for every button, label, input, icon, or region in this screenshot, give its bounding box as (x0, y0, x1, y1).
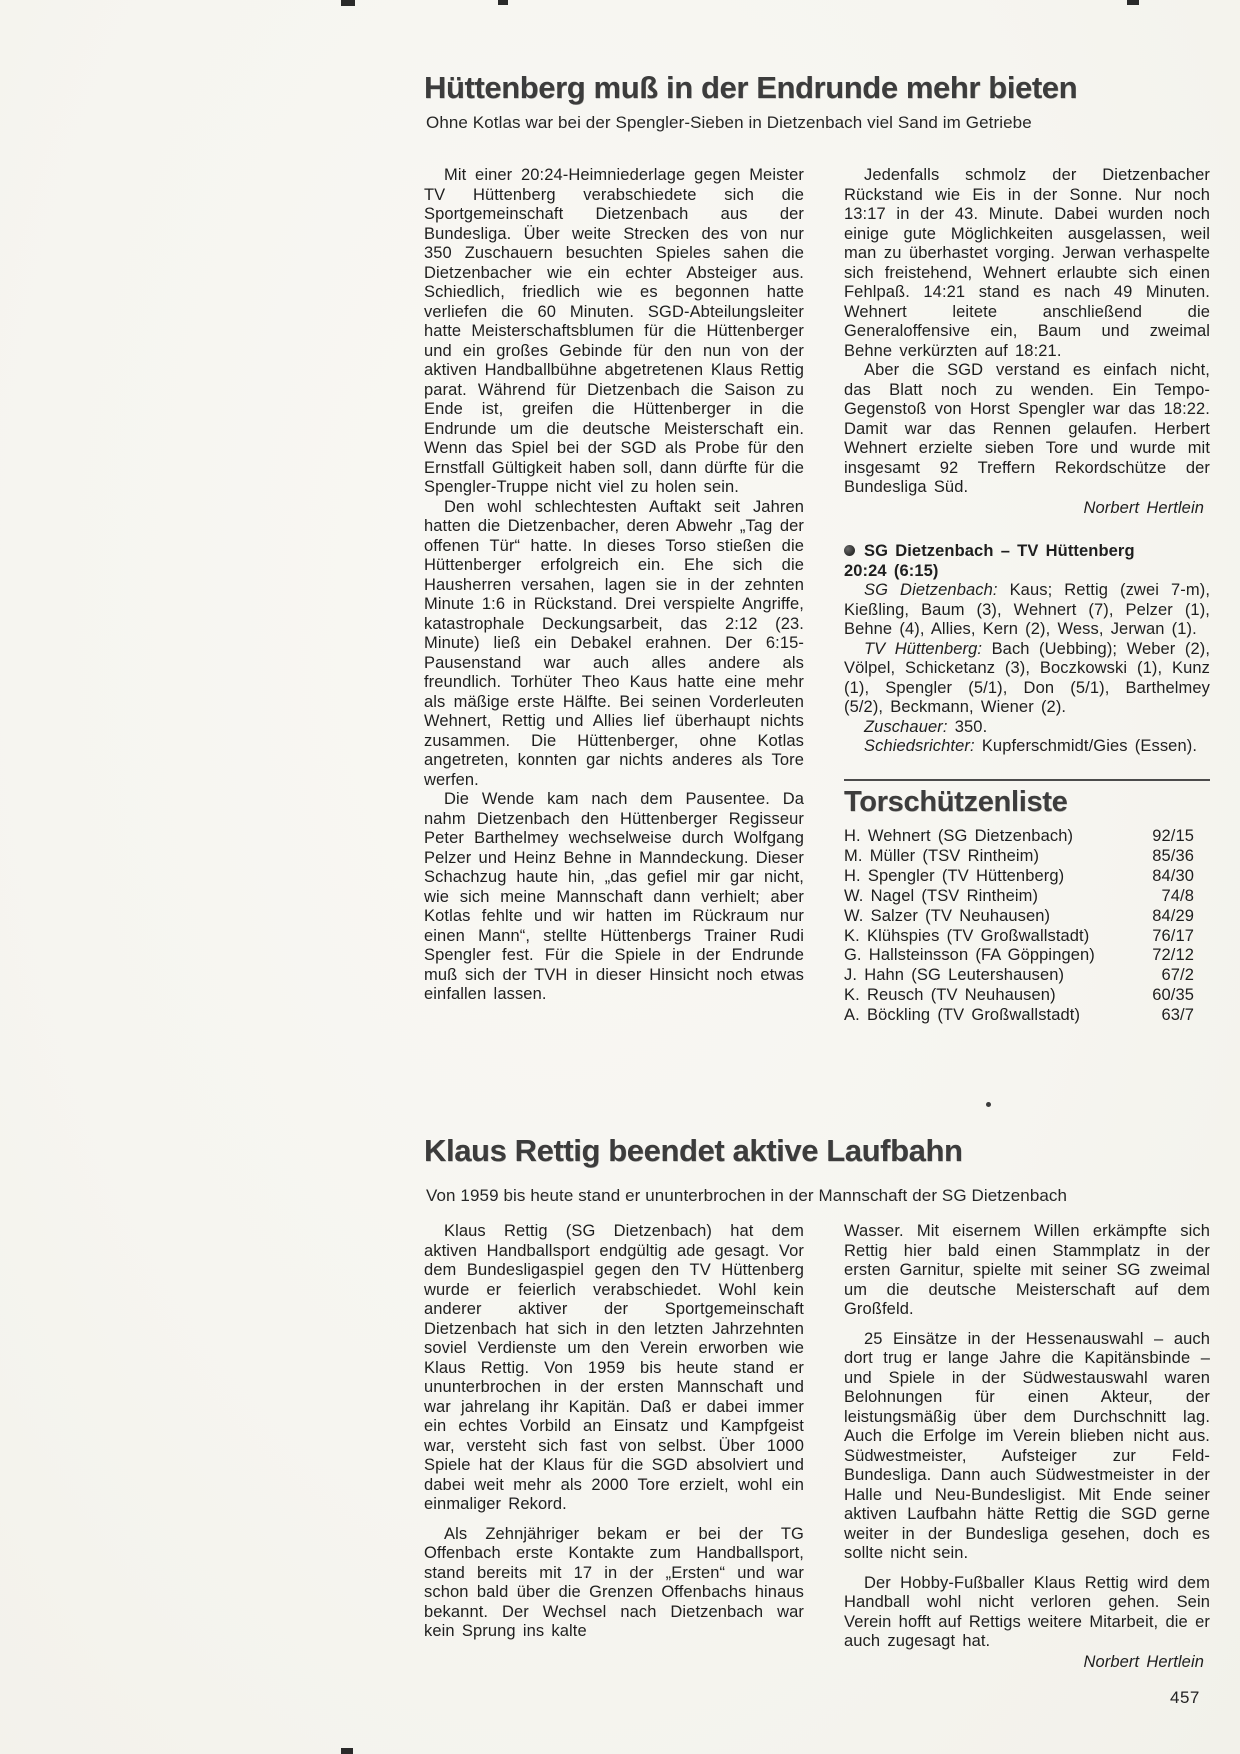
page-number: 457 (1170, 1688, 1200, 1708)
scorer-name: G. Hallsteinsson (FA Göppingen) (844, 946, 1095, 966)
match-lineup-away: TV Hüttenberg: Bach (Uebbing); Weber (2)… (844, 640, 1210, 718)
scorer-value: 60/35 (1152, 986, 1194, 1006)
article1-headline: Hüttenberg muß in der Endrunde mehr biet… (424, 70, 1077, 106)
scorer-row: A. Böckling (TV Großwallstadt)63/7 (844, 1006, 1194, 1026)
scorer-name: H. Spengler (TV Hüttenberg) (844, 867, 1064, 887)
scorer-row: H. Wehnert (SG Dietzenbach)92/15 (844, 827, 1194, 847)
match-lineup-home: SG Dietzenbach: Kaus; Rettig (zwei 7-m),… (844, 581, 1210, 640)
article2-subhead: Von 1959 bis heute stand er ununterbroch… (426, 1186, 1067, 1206)
scorer-row: K. Reusch (TV Neuhausen)60/35 (844, 986, 1194, 1006)
handball-icon (844, 545, 855, 556)
match-attendance: Zuschauer: 350. (844, 718, 1210, 738)
article2-paragraph: 25 Einsätze in der Hessenauswahl – auch … (844, 1330, 1210, 1564)
article2-column-2: Wasser. Mit eisernem Willen erkämpfte si… (844, 1222, 1210, 1672)
match-score: 20:24 (6:15) (844, 562, 1210, 582)
scorer-name: K. Klühspies (TV Großwallstadt) (844, 927, 1089, 947)
scan-mark (1127, 0, 1139, 5)
scorer-row: G. Hallsteinsson (FA Göppingen)72/12 (844, 946, 1194, 966)
scorer-value: 85/36 (1152, 847, 1194, 867)
scorer-value: 84/29 (1152, 907, 1194, 927)
scorer-value: 63/7 (1161, 1006, 1194, 1026)
scorer-row: H. Spengler (TV Hüttenberg)84/30 (844, 867, 1194, 887)
scorer-name: J. Hahn (SG Leutershausen) (844, 966, 1064, 986)
article1-paragraph: Aber die SGD verstand es einfach nicht, … (844, 361, 1210, 498)
article1-column-1: Mit einer 20:24-Heimniederlage gegen Mei… (424, 166, 804, 1005)
scorer-row: M. Müller (TSV Rintheim)85/36 (844, 847, 1194, 867)
scorer-value: 84/30 (1152, 867, 1194, 887)
match-referees: Schiedsrichter: Kupferschmidt/Gies (Esse… (844, 737, 1210, 757)
scan-mark (341, 1748, 353, 1754)
scorer-name: K. Reusch (TV Neuhausen) (844, 986, 1056, 1006)
scorer-row: W. Nagel (TSV Rintheim)74/8 (844, 887, 1194, 907)
article2-paragraph: Der Hobby-Fußballer Klaus Rettig wird de… (844, 1574, 1210, 1652)
scorer-name: A. Böckling (TV Großwallstadt) (844, 1006, 1080, 1026)
scan-mark (341, 0, 355, 6)
article1-paragraph: Die Wende kam nach dem Pausentee. Da nah… (424, 790, 804, 1005)
scorer-name: W. Nagel (TSV Rintheim) (844, 887, 1038, 907)
match-teams: SG Dietzenbach – TV Hüttenberg (864, 542, 1135, 560)
scorer-row: W. Salzer (TV Neuhausen)84/29 (844, 907, 1194, 927)
scorer-name: H. Wehnert (SG Dietzenbach) (844, 827, 1073, 847)
scorer-value: 92/15 (1152, 827, 1194, 847)
section-divider (844, 779, 1210, 781)
article1-paragraph: Mit einer 20:24-Heimniederlage gegen Mei… (424, 166, 804, 498)
article2-paragraph: Als Zehnjähriger bekam er bei der TG Off… (424, 1525, 804, 1642)
article2-byline: Norbert Hertlein (844, 1653, 1210, 1673)
article1-subhead: Ohne Kotlas war bei der Spengler-Sieben … (426, 113, 1032, 133)
newspaper-page: Hüttenberg muß in der Endrunde mehr biet… (0, 0, 1240, 1754)
scorer-row: K. Klühspies (TV Großwallstadt)76/17 (844, 927, 1194, 947)
scorer-value: 74/8 (1161, 887, 1194, 907)
scan-mark (498, 0, 508, 5)
article1-paragraph: Jedenfalls schmolz der Dietzenbacher Rüc… (844, 166, 1210, 361)
scorers-list: H. Wehnert (SG Dietzenbach)92/15 M. Müll… (844, 827, 1210, 1026)
article2-paragraph: Klaus Rettig (SG Dietzenbach) hat dem ak… (424, 1222, 804, 1515)
article2-column-1: Klaus Rettig (SG Dietzenbach) hat dem ak… (424, 1222, 804, 1642)
scorer-row: J. Hahn (SG Leutershausen)67/2 (844, 966, 1194, 986)
match-report-title: SG Dietzenbach – TV Hüttenberg (844, 542, 1210, 562)
scorer-value: 72/12 (1152, 946, 1194, 966)
article1-column-2: Jedenfalls schmolz der Dietzenbacher Rüc… (844, 166, 1210, 1026)
scorer-name: W. Salzer (TV Neuhausen) (844, 907, 1050, 927)
match-report-box: SG Dietzenbach – TV Hüttenberg 20:24 (6:… (844, 542, 1210, 757)
article2-paragraph: Wasser. Mit eisernem Willen erkämpfte si… (844, 1222, 1210, 1320)
scorer-value: 67/2 (1161, 966, 1194, 986)
scorer-name: M. Müller (TSV Rintheim) (844, 847, 1039, 867)
scorer-value: 76/17 (1152, 927, 1194, 947)
article2-headline: Klaus Rettig beendet aktive Laufbahn (424, 1133, 963, 1169)
ink-speck (986, 1102, 991, 1107)
scorers-heading: Torschützenliste (844, 793, 1210, 813)
article1-paragraph: Den wohl schlechtesten Auftakt seit Jahr… (424, 498, 804, 791)
article1-byline: Norbert Hertlein (844, 499, 1210, 519)
